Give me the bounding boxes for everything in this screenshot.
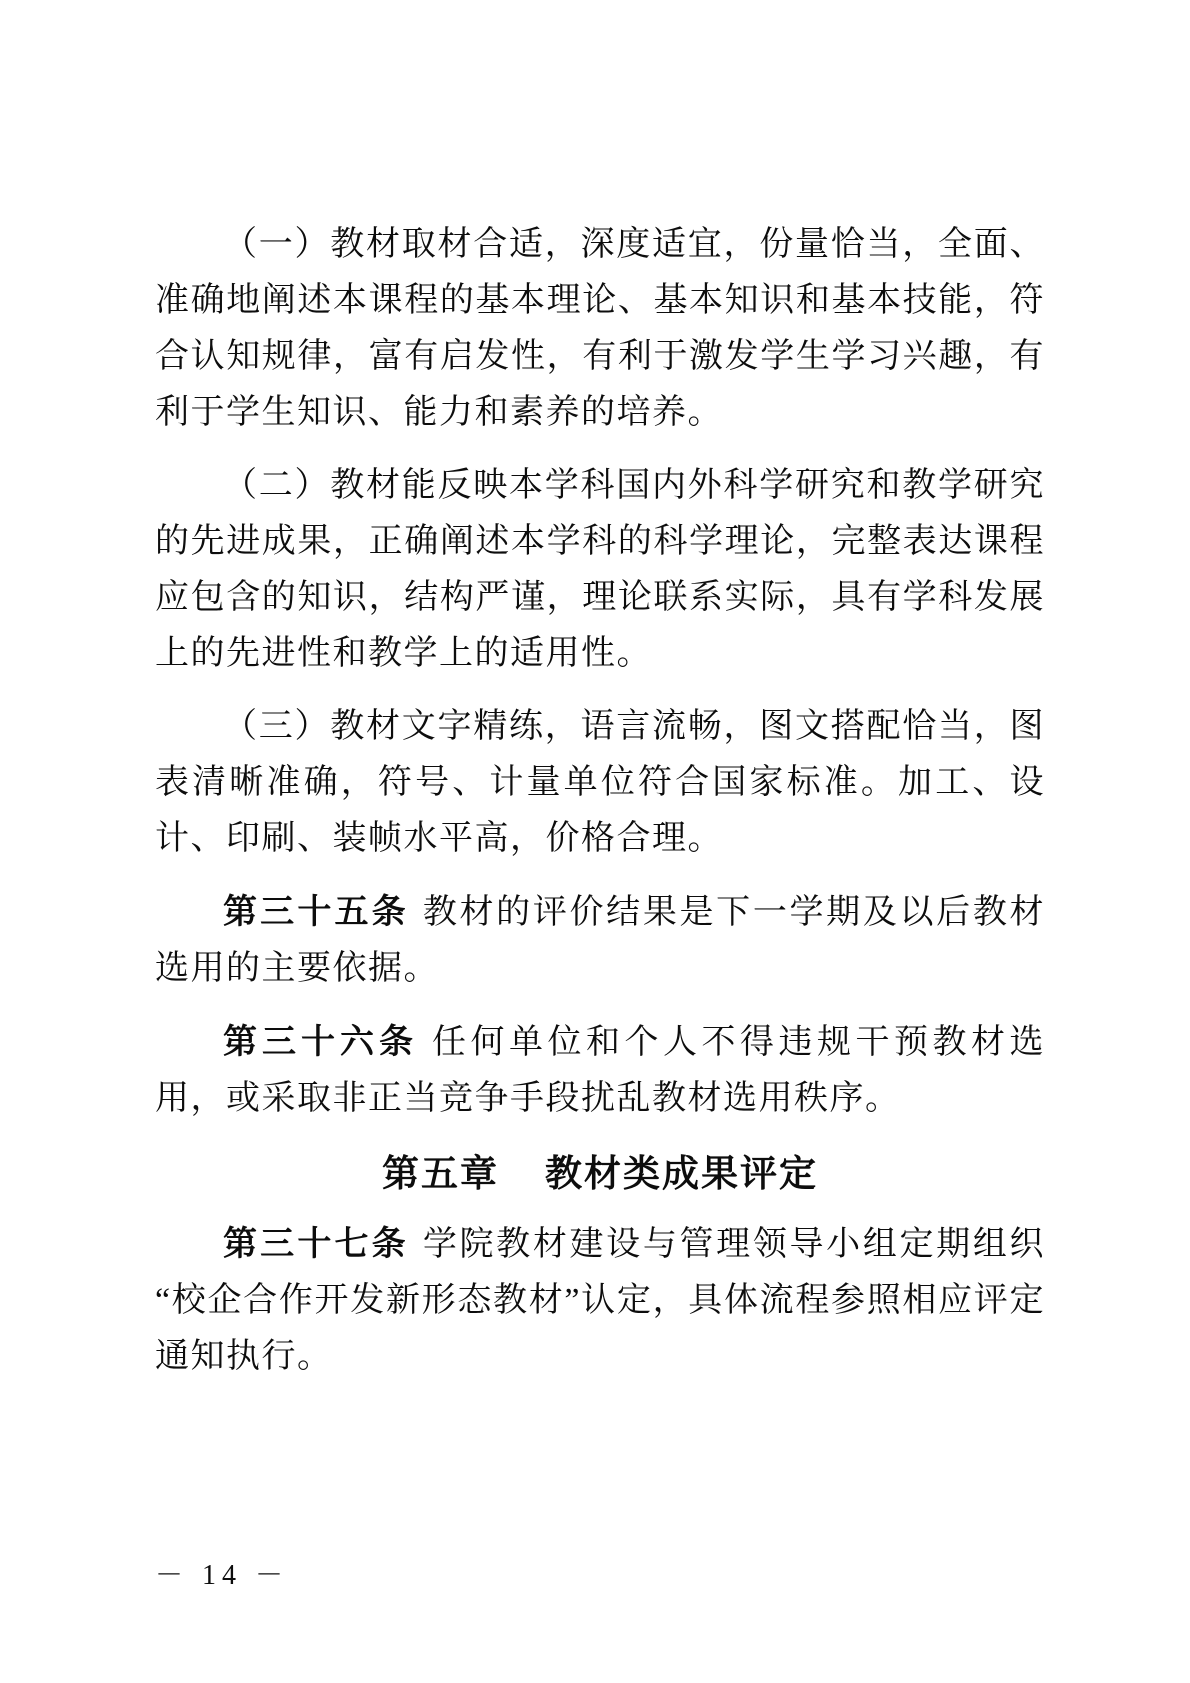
chapter-heading: 第五章教材类成果评定 — [155, 1144, 1045, 1204]
clause-item-2: （二）教材能反映本学科国内外科学研究和教学研究的先进成果，正确阐述本学科的科学理… — [155, 458, 1045, 682]
article-35: 第三十五条教材的评价结果是下一学期及以后教材选用的主要依据。 — [155, 884, 1045, 997]
clause-item-3: （三）教材文字精练，语言流畅，图文搭配恰当，图表清晰准确，符号、计量单位符合国家… — [155, 699, 1045, 867]
article-37-number: 第三十七条 — [223, 1225, 409, 1263]
article-37: 第三十七条学院教材建设与管理领导小组定期组织“校企合作开发新形态教材”认定，具体… — [155, 1216, 1045, 1385]
chapter-heading-number: 第五章 — [382, 1153, 499, 1194]
page-number: － 14 － — [155, 1560, 289, 1592]
document-body: （一）教材取材合适，深度适宜，份量恰当，全面、准确地阐述本课程的基本理论、基本知… — [155, 217, 1045, 1385]
article-36-number: 第三十六条 — [223, 1023, 418, 1061]
chapter-heading-title: 教材类成果评定 — [545, 1153, 818, 1194]
article-36: 第三十六条任何单位和个人不得违规干预教材选用，或采取非正当竞争手段扰乱教材选用秩… — [155, 1014, 1045, 1127]
document-page: （一）教材取材合适，深度适宜，份量恰当，全面、准确地阐述本课程的基本理论、基本知… — [0, 0, 1190, 1683]
article-35-number: 第三十五条 — [223, 893, 409, 931]
clause-item-1: （一）教材取材合适，深度适宜，份量恰当，全面、准确地阐述本课程的基本理论、基本知… — [155, 217, 1045, 441]
